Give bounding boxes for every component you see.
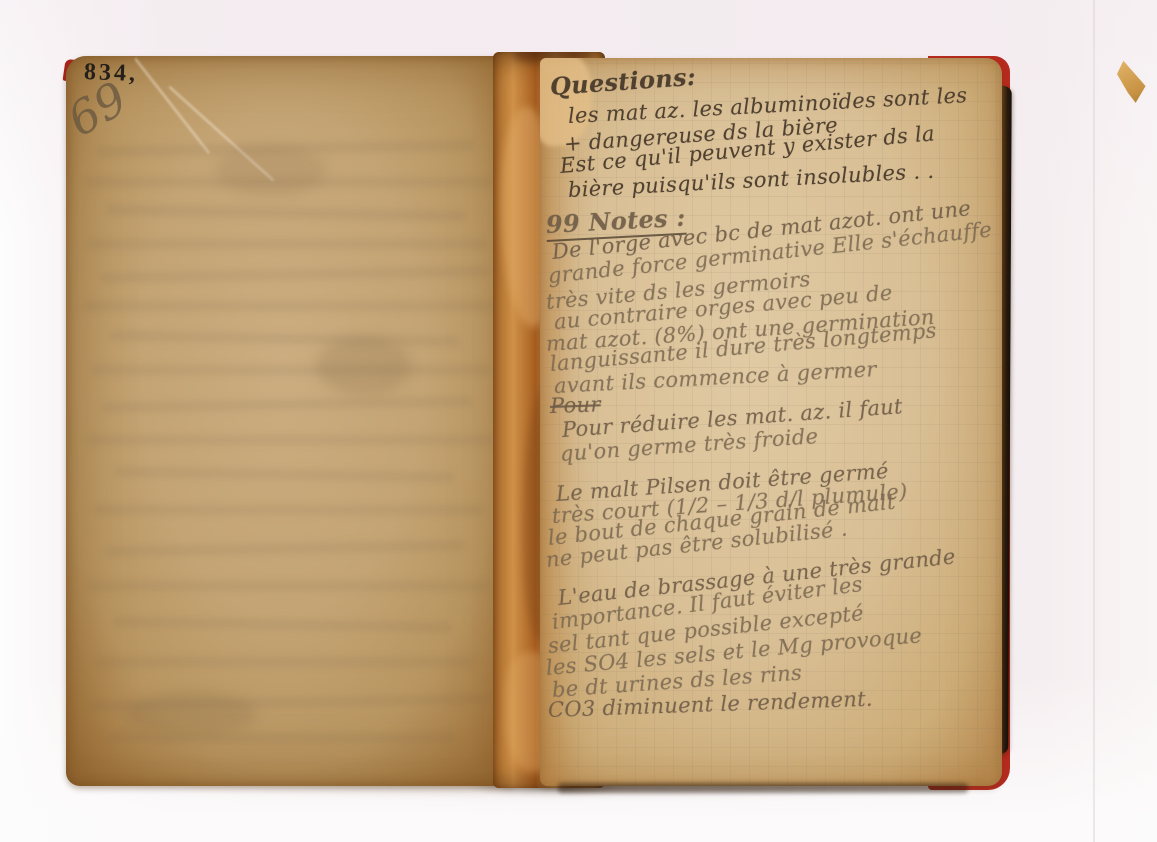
ghost-text-smudge bbox=[100, 267, 490, 283]
ghost-text-smudge bbox=[106, 205, 466, 221]
stain bbox=[126, 691, 256, 736]
ghost-text-smudge bbox=[88, 582, 488, 590]
ghost-text-smudge bbox=[110, 331, 460, 346]
ghost-text-smudge bbox=[104, 541, 464, 556]
stain bbox=[316, 336, 411, 396]
ghost-text-smudge bbox=[102, 397, 472, 412]
ghost-text-smudge bbox=[86, 436, 496, 444]
paper-fragment bbox=[1113, 60, 1148, 104]
stain bbox=[216, 146, 326, 196]
ghost-text-smudge bbox=[96, 658, 476, 666]
notebook: 834, 69 bbox=[58, 50, 1010, 792]
ghost-text-smudge bbox=[88, 240, 488, 248]
handwriting-line-struck: Pour bbox=[550, 392, 601, 418]
left-page: 834, 69 bbox=[66, 56, 518, 786]
ghost-text-smudge bbox=[112, 617, 452, 632]
ghost-text-smudge bbox=[92, 366, 492, 374]
crease-line bbox=[134, 58, 209, 154]
scanner-artifact-line bbox=[1093, 0, 1095, 842]
scanner-bed: 834, 69 bbox=[0, 0, 1157, 842]
ghost-text-smudge bbox=[82, 302, 502, 310]
page-bottom-shadow bbox=[558, 783, 968, 793]
right-page: Questions: les mat az. les albuminoïdes … bbox=[540, 58, 1002, 786]
ghost-text-smudge bbox=[106, 734, 456, 742]
ghost-text-smudge bbox=[94, 506, 484, 514]
ghost-text-smudge bbox=[114, 467, 454, 482]
